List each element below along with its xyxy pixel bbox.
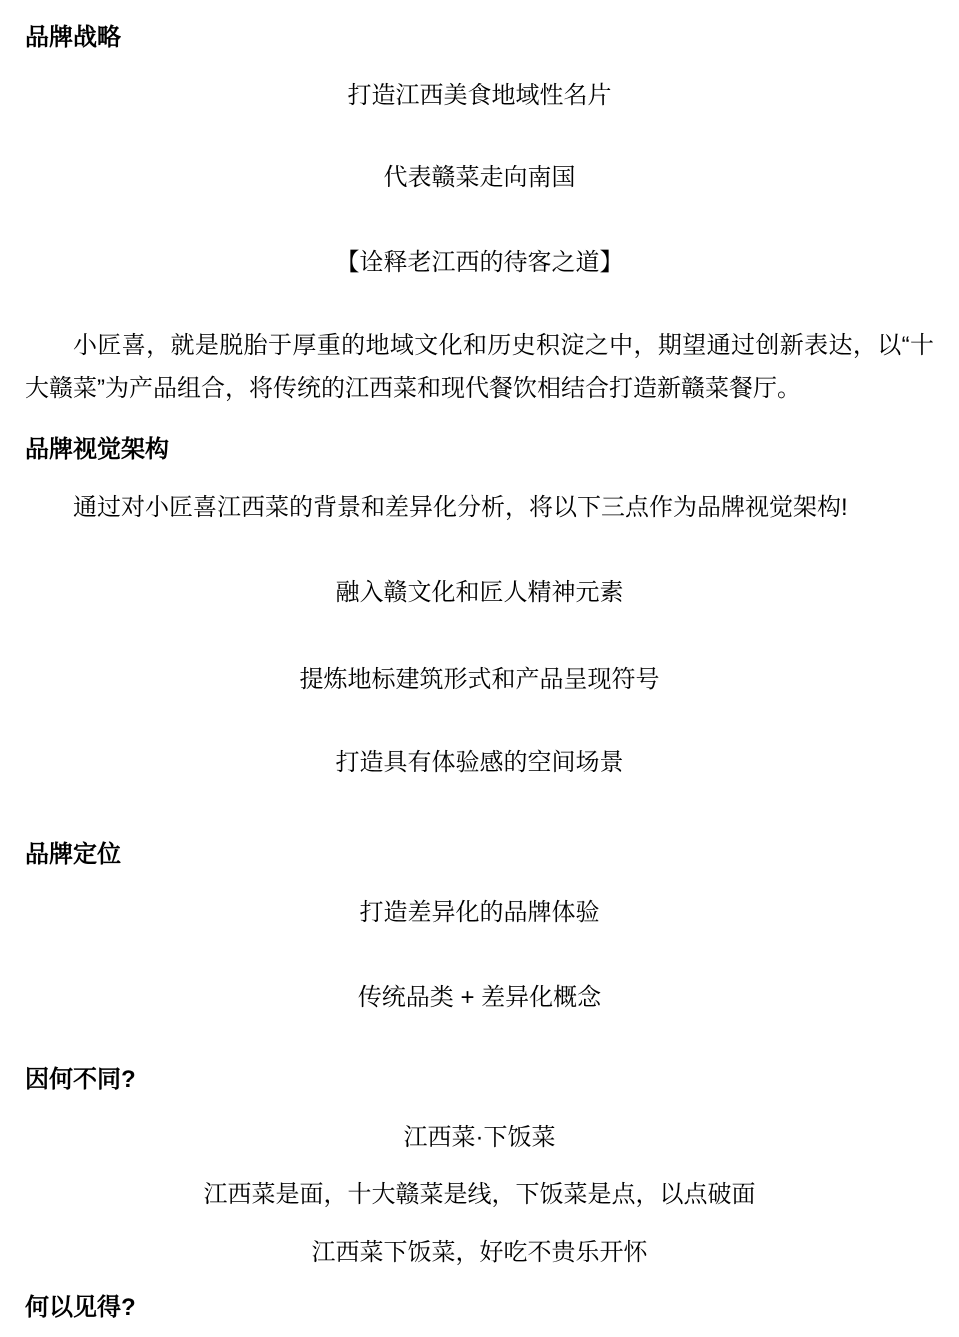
brand-strategy-paragraph: 小匠喜，就是脱胎于厚重的地域文化和历史积淀之中，期望通过创新表达，以“十大赣菜”… (25, 324, 934, 410)
slogan-line: 打造江西美食地域性名片 (25, 78, 934, 114)
visual-structure-paragraph: 通过对小匠喜江西菜的背景和差异化分析，将以下三点作为品牌视觉架构! (25, 486, 934, 529)
visual-point-line: 打造具有体验感的空间场景 (25, 745, 934, 781)
slogan-line: 代表赣菜走向南国 (25, 160, 934, 196)
brand-strategy-heading: 品牌战略 (25, 20, 934, 56)
how-evidenced-heading: 何以见得? (25, 1290, 934, 1326)
document-page: 品牌战略 打造江西美食地域性名片 代表赣菜走向南国 【诠释老江西的待客之道】 小… (0, 0, 959, 1337)
visual-point-line: 提炼地标建筑形式和产品呈现符号 (25, 662, 934, 698)
positioning-point-line: 打造差异化的品牌体验 (25, 895, 934, 931)
why-different-heading: 因何不同? (25, 1062, 934, 1098)
slogan-line: 【诠释老江西的待客之道】 (25, 245, 934, 281)
visual-structure-heading: 品牌视觉架构 (25, 432, 934, 468)
difference-point-line: 江西菜·下饭菜 (25, 1120, 934, 1156)
difference-point-line: 江西菜是面，十大赣菜是线，下饭菜是点，以点破面 (25, 1177, 934, 1213)
positioning-point-line: 传统品类 + 差异化概念 (25, 980, 934, 1016)
difference-point-line: 江西菜下饭菜，好吃不贵乐开怀 (25, 1235, 934, 1271)
brand-positioning-heading: 品牌定位 (25, 837, 934, 873)
visual-point-line: 融入赣文化和匠人精神元素 (25, 575, 934, 611)
